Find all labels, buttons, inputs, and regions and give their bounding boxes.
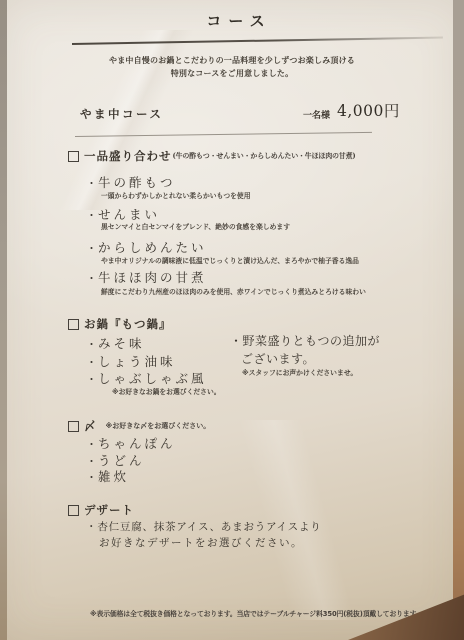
bullet-icon: ・ (86, 338, 98, 351)
footer-note: ※表示価格は全て税抜き価格となっております。当店ではテーブルチャージ料350円(… (90, 610, 422, 618)
title-rule (72, 37, 443, 45)
checkbox-icon (68, 151, 79, 162)
checkbox-icon (68, 421, 79, 432)
intro-line-1: やま中自慢のお鍋とこだわりの一品料理を少しずつお楽しみ頂ける (0, 56, 464, 66)
section-heading-label: お鍋『もつ鍋』 (84, 317, 172, 331)
section-dessert-heading: デザート (68, 503, 134, 517)
nabe-side-note-line2: ございます。 (241, 352, 315, 367)
item-name: からしめんたい (98, 240, 207, 255)
menu-item: ・しゃぶしゃぶ風 (86, 371, 207, 387)
nabe-side-note-line1: ・野菜盛りともつの追加が (230, 334, 380, 349)
section-nabe-heading: お鍋『もつ鍋』 (68, 317, 172, 331)
section-heading-label: 〆 (84, 419, 97, 433)
checkbox-icon (68, 505, 79, 516)
bullet-icon: ・ (230, 334, 243, 348)
menu-item: ・からしめんたい (86, 240, 207, 256)
item-name: 牛ほほ肉の甘煮 (98, 270, 207, 285)
menu-item: ・みそ味 (86, 336, 145, 352)
item-name: しょう油味 (98, 354, 176, 369)
menu-item: ・牛ほほ肉の甘煮 (86, 270, 207, 286)
item-name: 雑炊 (98, 469, 129, 484)
item-description: 鮮度にこだわり九州産のほほ肉のみを使用、赤ワインでじっくり煮込みとろける味わい (101, 288, 366, 296)
dessert-options-text: 杏仁豆腐、抹茶アイス、あまおうアイスより (97, 521, 321, 533)
nabe-choice-note: ※お好きなお鍋をお選びください。 (112, 388, 221, 396)
bullet-icon: ・ (86, 242, 98, 255)
bullet-icon: ・ (86, 455, 98, 468)
bullet-icon: ・ (86, 373, 98, 386)
course-rule (75, 132, 372, 137)
item-name: 牛の酢もつ (98, 175, 176, 190)
checkbox-icon (68, 319, 79, 330)
section-heading-label: 一品盛り合わせ (84, 149, 172, 163)
paper-crease (150, 420, 450, 620)
item-name: みそ味 (98, 336, 145, 351)
photo-right-edge (453, 0, 464, 640)
side-note-text: 野菜盛りともつの追加が (243, 334, 381, 348)
dessert-choice-line: お好きなデザートをお選びください。 (99, 537, 303, 550)
section-heading-label: デザート (84, 503, 134, 517)
menu-item: ・しょう油味 (86, 354, 176, 370)
section-shime-heading: 〆 ※お好きな〆をお選びください。 (68, 419, 210, 433)
course-price: 4,000円 (337, 102, 400, 121)
photo-left-edge (0, 0, 7, 640)
item-name: ちゃんぽん (98, 436, 176, 451)
item-description: 黒センマイと白センマイをブレンド、絶妙の食感を楽しめます (101, 223, 290, 231)
menu-photo: コース やま中自慢のお鍋とこだわりの一品料理を少しずつお楽しみ頂ける 特別なコー… (0, 0, 464, 640)
item-name: せんまい (98, 207, 160, 222)
section-heading-note: (牛の酢もつ・せんまい・からしめんたい・牛ほほ肉の甘煮) (173, 152, 356, 161)
nabe-side-note-staff: ※スタッフにお声かけくださいませ。 (242, 369, 357, 377)
menu-item: ・牛の酢もつ (86, 175, 176, 191)
item-name: うどん (98, 453, 145, 468)
item-description: やま中オリジナルの調味液に低温でじっくりと漬け込んだ、まろやかで柚子香る逸品 (101, 257, 359, 265)
menu-item: ・せんまい (86, 207, 160, 223)
bullet-icon: ・ (86, 177, 98, 190)
menu-item: ・雑炊 (86, 469, 129, 485)
menu-title: コース (0, 12, 464, 31)
bullet-icon: ・ (86, 521, 97, 533)
intro-line-2: 特別なコースをご用意しました。 (0, 69, 464, 79)
menu-item: ・うどん (86, 453, 145, 469)
shime-choice-note: ※お好きな〆をお選びください。 (106, 422, 211, 431)
menu-paper: コース やま中自慢のお鍋とこだわりの一品料理を少しずつお楽しみ頂ける 特別なコー… (0, 0, 464, 640)
item-name: しゃぶしゃぶ風 (98, 371, 207, 386)
bullet-icon: ・ (86, 209, 98, 222)
bullet-icon: ・ (86, 272, 98, 285)
course-name: やま中コース (80, 107, 163, 121)
bullet-icon: ・ (86, 356, 98, 369)
dessert-options-line: ・杏仁豆腐、抹茶アイス、あまおうアイスより (86, 521, 322, 534)
bullet-icon: ・ (86, 438, 98, 451)
menu-item: ・ちゃんぽん (86, 436, 176, 452)
price-unit-label: 一名様 (303, 111, 330, 122)
item-description: 一頭からわずかしかとれない柔らかいもつを使用 (101, 192, 251, 200)
section-assortment-heading: 一品盛り合わせ (牛の酢もつ・せんまい・からしめんたい・牛ほほ肉の甘煮) (68, 149, 356, 163)
bullet-icon: ・ (86, 471, 98, 484)
